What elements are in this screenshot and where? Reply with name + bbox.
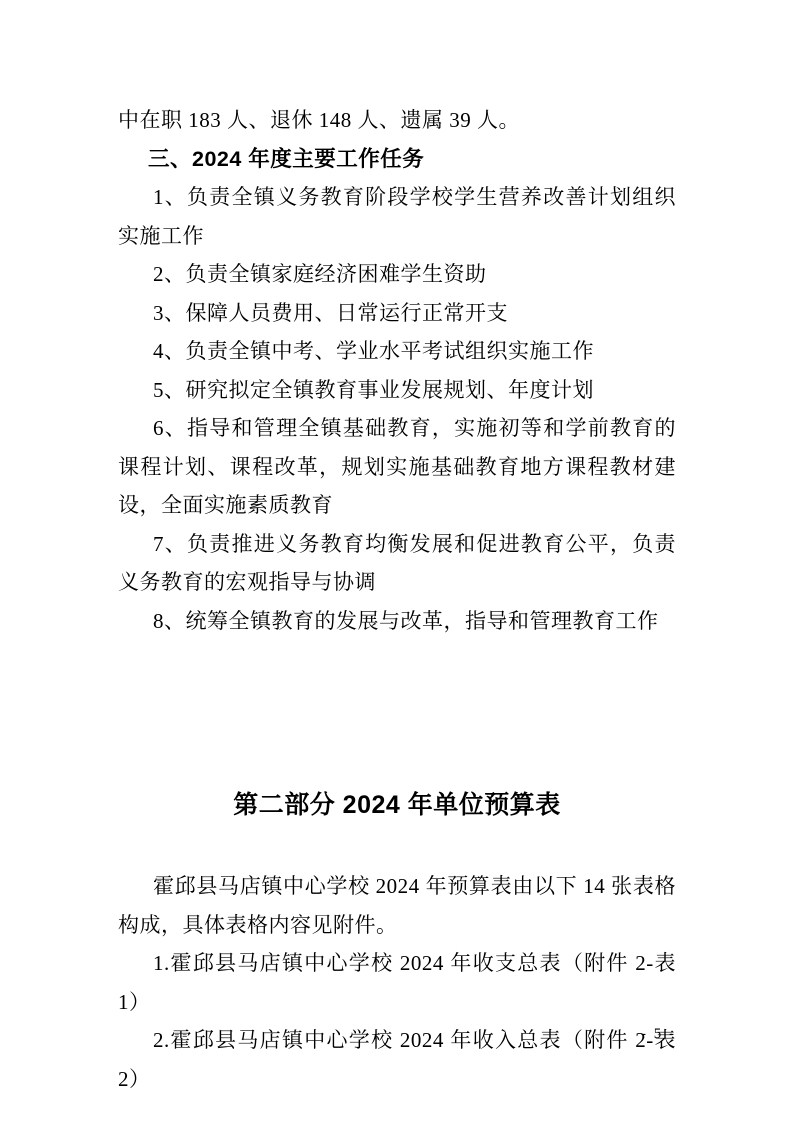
section-heading: 三、2024 年度主要工作任务 bbox=[118, 140, 676, 179]
body-paragraph: 1.霍邱县马店镇中心学校 2024 年收支总表（附件 2-表 1） bbox=[118, 944, 676, 1021]
body-paragraph: 7、负责推进义务教育均衡发展和促进教育公平，负责义务教育的宏观指导与协调 bbox=[118, 525, 676, 602]
body-paragraph: 霍邱县马店镇中心学校 2024 年预算表由以下 14 张表格构成，具体表格内容见… bbox=[118, 867, 676, 944]
body-paragraph: 4、负责全镇中考、学业水平考试组织实施工作 bbox=[118, 332, 676, 371]
body-paragraph: 中在职 183 人、退休 148 人、遗属 39 人。 bbox=[118, 101, 676, 140]
body-paragraph: 2.霍邱县马店镇中心学校 2024 年收入总表（附件 2-表 2） bbox=[118, 1021, 676, 1098]
body-paragraph: 8、统筹全镇教育的发展与改革，指导和管理教育工作 bbox=[118, 602, 676, 641]
body-paragraph: 1、负责全镇义务教育阶段学校学生营养改善计划组织实施工作 bbox=[118, 178, 676, 255]
section-title: 第二部分 2024 年单位预算表 bbox=[118, 785, 676, 825]
document-page: 中在职 183 人、退休 148 人、遗属 39 人。三、2024 年度主要工作… bbox=[0, 0, 793, 1122]
document-content: 中在职 183 人、退休 148 人、遗属 39 人。三、2024 年度主要工作… bbox=[118, 101, 676, 1098]
body-paragraph: 5、研究拟定全镇教育事业发展规划、年度计划 bbox=[118, 371, 676, 410]
body-paragraph: 2、负责全镇家庭经济困难学生资助 bbox=[118, 255, 676, 294]
body-paragraph: 6、指导和管理全镇基础教育，实施初等和学前教育的课程计划、课程改革，规划实施基础… bbox=[118, 409, 676, 525]
body-paragraph: 3、保障人员费用、日常运行正常开支 bbox=[118, 294, 676, 333]
page-number: - 5 - bbox=[641, 1026, 676, 1043]
